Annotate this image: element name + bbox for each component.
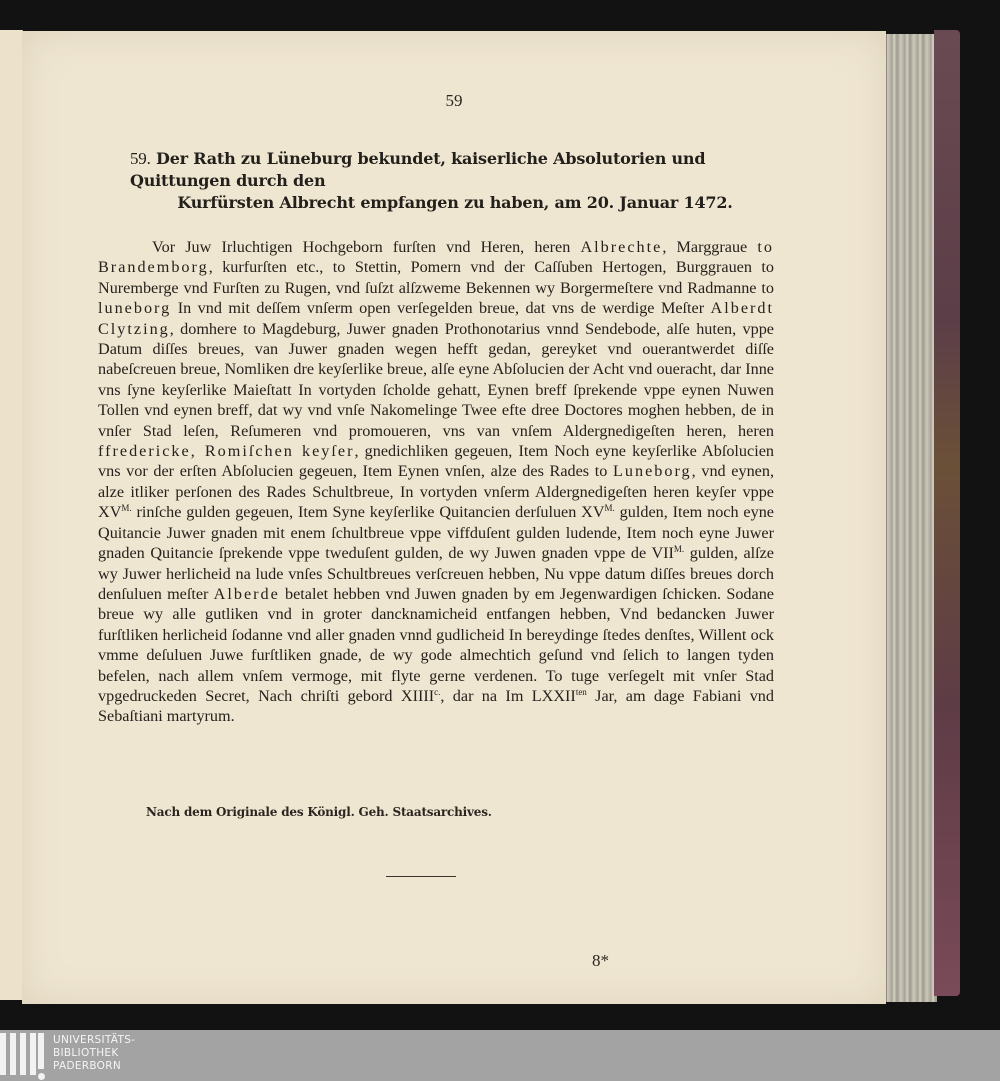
body-paragraph: Vor Juw Irluchtigen Hochgeborn furſten v… [98, 237, 774, 727]
place-name: Luneborg [613, 462, 692, 480]
signature-mark: 8* [592, 951, 609, 971]
logo-line: UNIVERSITÄTS- [53, 1034, 135, 1047]
library-logo-icon [0, 1033, 50, 1079]
body-text-segment: , domhere to Magdeburg, Juwer gnaden Pro… [98, 320, 774, 440]
section-divider [386, 876, 456, 877]
superscript: M. [605, 503, 615, 513]
book-page: 59 59. Der Rath zu Lüneburg bekundet, ka… [22, 31, 886, 1004]
library-footer-bar: UNIVERSITÄTS- BIBLIOTHEK PADERBORN [0, 1030, 1000, 1081]
heading-number: 59. [130, 149, 151, 168]
person-name: ffredericke, Romiſchen keyſer [98, 442, 354, 460]
superscript: M. [121, 503, 131, 513]
library-logo-text: UNIVERSITÄTS- BIBLIOTHEK PADERBORN [53, 1034, 135, 1073]
document-body: Vor Juw Irluchtigen Hochgeborn furſten v… [98, 237, 774, 727]
body-text-segment: Vor Juw Irluchtigen Hochgeborn furſten v… [152, 238, 580, 256]
logo-line: BIBLIOTHEK [53, 1047, 135, 1060]
logo-line: PADERBORN [53, 1060, 135, 1073]
document-heading: 59. Der Rath zu Lüneburg bekundet, kaise… [130, 148, 800, 214]
body-text-segment: In vnd mit deſſem vnſerm open verſegelde… [171, 299, 710, 317]
book-cover [934, 30, 960, 996]
person-name: Albrechte [580, 238, 662, 256]
heading-line-2: Kurfürsten Albrecht empfangen zu haben, … [130, 192, 800, 214]
heading-line-1: Der Rath zu Lüneburg bekundet, kaiserlic… [130, 149, 705, 190]
source-note: Nach dem Originale des Königl. Geh. Staa… [146, 805, 492, 819]
left-page-edge [0, 30, 23, 1000]
book-page-edges [886, 34, 937, 1002]
superscript: ten [576, 687, 587, 697]
person-name: Alberde [214, 585, 280, 603]
body-text-segment: , Marggraue [662, 238, 757, 256]
superscript: M. [674, 544, 684, 554]
place-name: luneborg [98, 299, 171, 317]
page-number: 59 [22, 91, 886, 111]
body-text-segment: , dar na Im LXXII [440, 687, 575, 705]
body-text-segment: rinſche gulden gegeuen, Item Syne keyſer… [132, 503, 605, 521]
